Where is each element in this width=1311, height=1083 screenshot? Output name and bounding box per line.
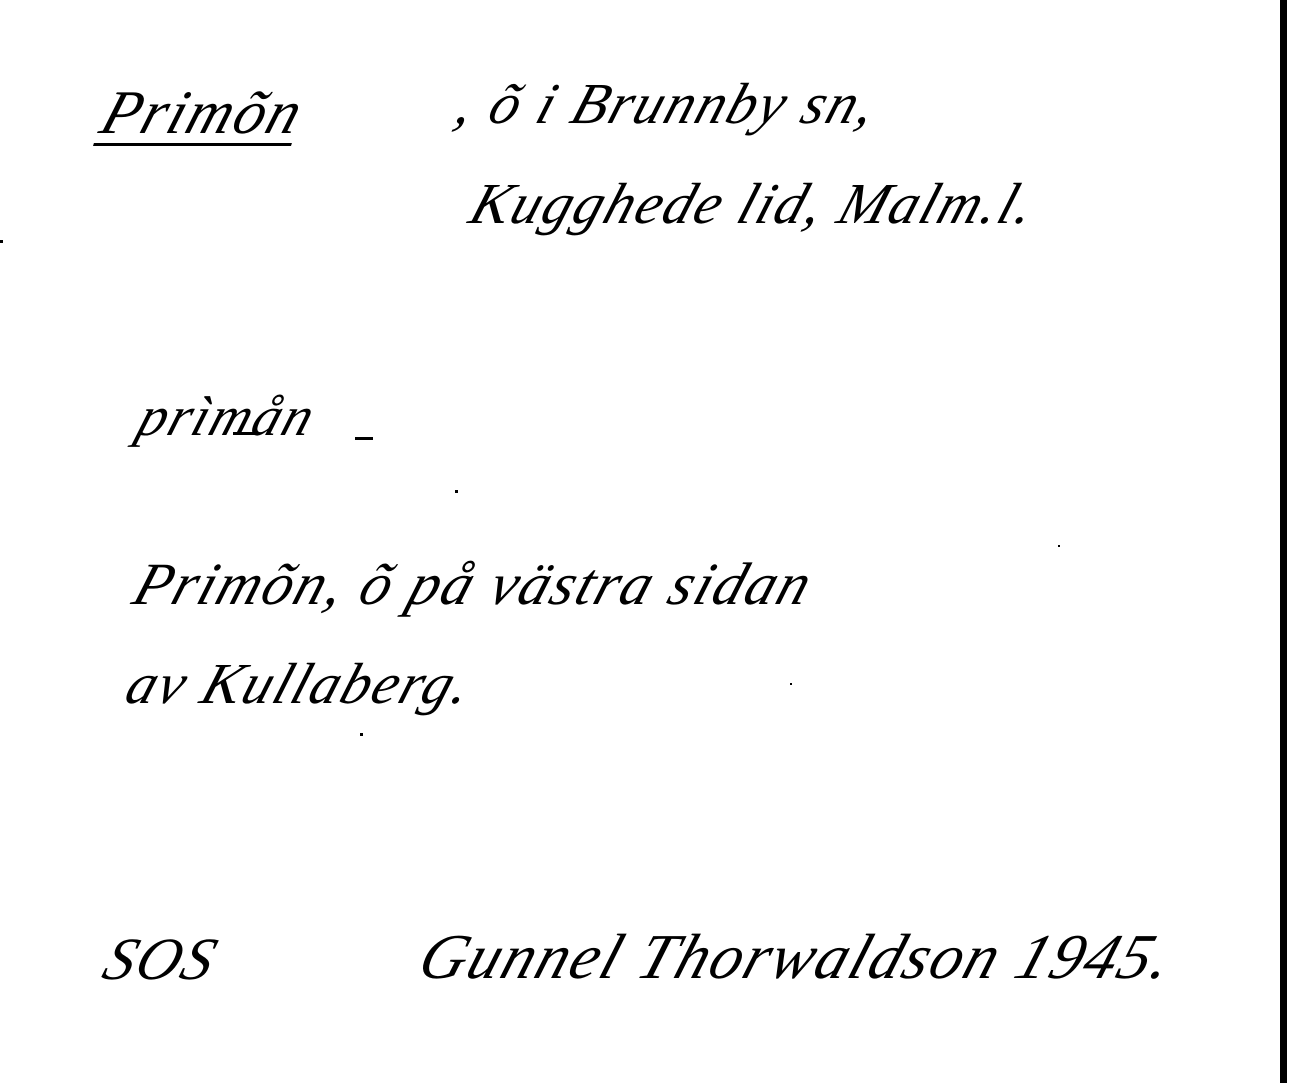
stress-mark-2 <box>355 437 373 440</box>
stress-mark-1 <box>233 432 255 435</box>
scan-speck <box>455 490 458 493</box>
archive-card: Primõn , õ i Brunnby sn, Kugghede lid, M… <box>0 0 1311 1083</box>
card-edge-line <box>1280 0 1287 1083</box>
scan-speck <box>360 733 363 736</box>
scan-speck <box>1058 545 1060 547</box>
source-code: SOS <box>95 925 227 994</box>
location-line-1: , õ i Brunnby sn, <box>448 70 887 137</box>
location-line-2: Kugghede lid, Malm.l. <box>462 170 1046 237</box>
scan-speck <box>790 683 792 685</box>
headword: Primõn <box>92 78 313 149</box>
pronunciation: prìmån <box>130 385 325 449</box>
scan-speck <box>0 240 3 243</box>
description-line-1: Primõn, õ på västra sidan <box>125 550 822 619</box>
description-line-2: av Kullaberg. <box>118 650 483 717</box>
collector-signature: Gunnel Thorwaldson 1945. <box>410 920 1184 994</box>
